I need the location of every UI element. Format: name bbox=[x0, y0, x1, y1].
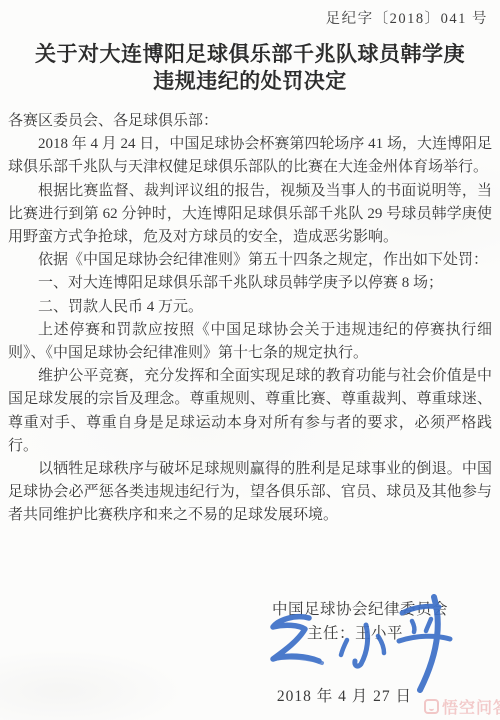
scanned-document-page: 足纪字〔2018〕041 号 关于对大连博阳足球俱乐部千兆队球员韩学庚 违规违纪… bbox=[0, 0, 500, 720]
wukong-logo-icon bbox=[424, 699, 439, 714]
watermark: 悟空问答 bbox=[424, 695, 500, 718]
signature-date: 2018 年 4 月 27 日 bbox=[277, 684, 412, 706]
document-title-line2: 违规违纪的处罚决定 bbox=[0, 68, 500, 95]
signature-signer-line: 主任：王小平 bbox=[307, 621, 403, 643]
document-body: 各赛区委员会、各足球俱乐部：2018 年 4 月 24 日，中国足球协会杯赛第四… bbox=[8, 110, 492, 528]
signature-org: 中国足球协会纪律委员会 bbox=[272, 597, 448, 619]
paragraph: 上述停赛和罚款应按照《中国足球协会关于违规违纪的停赛执行细则》、《中国足球协会纪… bbox=[8, 319, 492, 365]
paragraph: 2018 年 4 月 24 日，中国足球协会杯赛第四轮场序 41 场，大连博阳足… bbox=[8, 133, 492, 179]
paragraph: 依据《中国足球协会纪律准则》第五十四条之规定，作出如下处罚： bbox=[8, 249, 492, 272]
paragraph: 二、罚款人民币 4 万元。 bbox=[8, 296, 492, 319]
document-title-line1: 关于对大连博阳足球俱乐部千兆队球员韩学庚 bbox=[0, 41, 500, 68]
paragraph: 根据比赛监督、裁判评议组的报告，视频及当事人的书面说明等，当比赛进行到第 62 … bbox=[8, 180, 492, 250]
paragraph: 一、对大连博阳足球俱乐部千兆队球员韩学庚予以停赛 8 场； bbox=[8, 272, 492, 295]
paragraph: 各赛区委员会、各足球俱乐部： bbox=[8, 110, 492, 133]
watermark-text: 悟空问答 bbox=[442, 695, 500, 718]
document-number: 足纪字〔2018〕041 号 bbox=[326, 7, 488, 28]
paragraph: 维护公平竞赛，充分发挥和全面实现足球的教育功能与社会价值是中国足球发展的宗旨及理… bbox=[8, 365, 492, 458]
paragraph: 以牺牲足球秩序与破坏足球规则赢得的胜利是足球事业的倒退。中国足球协会必严惩各类违… bbox=[8, 458, 492, 528]
document-title: 关于对大连博阳足球俱乐部千兆队球员韩学庚 违规违纪的处罚决定 bbox=[0, 41, 500, 94]
